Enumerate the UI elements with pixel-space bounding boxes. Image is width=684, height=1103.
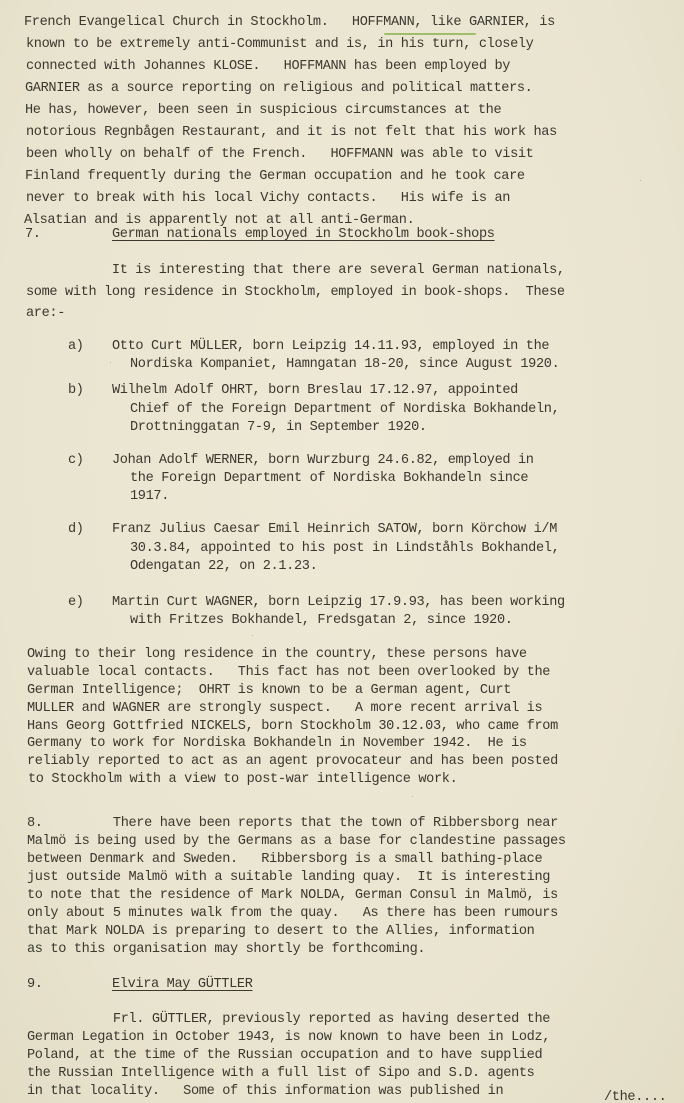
text-line: been wholly on behalf of the French. HOF… bbox=[26, 146, 534, 164]
text-line: German Legation in October 1943, is now … bbox=[27, 1029, 550, 1047]
text-line: are:- bbox=[26, 305, 65, 323]
text-line: only about 5 minutes walk from the quay.… bbox=[27, 905, 558, 923]
section-number: 7. bbox=[25, 226, 41, 244]
typed-document-page: French Evangelical Church in Stockholm. … bbox=[0, 0, 684, 1103]
text-line: that Mark NOLDA is preparing to desert t… bbox=[27, 923, 535, 941]
text-line: 1917. bbox=[130, 488, 169, 506]
text-line: Poland, at the time of the Russian occup… bbox=[27, 1047, 542, 1065]
text-line: Wilhelm Adolf OHRT, born Breslau 17.12.9… bbox=[112, 382, 518, 400]
paper-speck bbox=[252, 635, 253, 636]
text-line: with Fritzes Bokhandel, Fredsgatan 2, si… bbox=[130, 612, 513, 630]
text-line: Germany to work for Nordiska Bokhandeln … bbox=[27, 735, 527, 753]
text-line: Hans Georg Gottfried NICKELS, born Stock… bbox=[27, 718, 558, 736]
text-line: notorious Regnbågen Restaurant, and it i… bbox=[26, 124, 557, 142]
text-line: It is interesting that there are several… bbox=[26, 262, 565, 280]
text-line: Franz Julius Caesar Emil Heinrich SATOW,… bbox=[112, 521, 557, 539]
text-line: MULLER and WAGNER are strongly suspect. … bbox=[27, 700, 542, 718]
text-line: Nordiska Kompaniet, Hamngatan 18-20, sin… bbox=[130, 356, 559, 374]
text-line: Chief of the Foreign Department of Nordi… bbox=[130, 401, 559, 419]
text-line: German Intelligence; OHRT is known to be… bbox=[27, 682, 511, 700]
text-line: in that locality. Some of this informati… bbox=[27, 1083, 503, 1101]
text-line: Owing to their long residence in the cou… bbox=[27, 646, 527, 664]
paper-speck bbox=[412, 796, 413, 797]
section-heading: Elvira May GÜTTLER bbox=[112, 976, 253, 994]
text-line: Drottninggatan 7-9, in September 1920. bbox=[130, 419, 427, 437]
text-line: Otto Curt MÜLLER, born Leipzig 14.11.93,… bbox=[112, 338, 549, 356]
text-line: just outside Malmö with a suitable landi… bbox=[27, 869, 550, 887]
text-line: Odengatan 22, on 2.1.23. bbox=[130, 558, 317, 576]
text-line: to Stockholm with a view to post-war int… bbox=[28, 771, 457, 789]
text-line: reliably reported to act as an agent pro… bbox=[27, 753, 558, 771]
section-number: 9. bbox=[27, 976, 43, 994]
text-line: 8. There have been reports that the town… bbox=[27, 815, 558, 833]
text-line: GARNIER as a source reporting on religio… bbox=[25, 80, 533, 98]
text-line: as to this organisation may shortly be f… bbox=[27, 941, 425, 959]
text-line: 30.3.84, appointed to his post in Lindst… bbox=[130, 540, 559, 558]
item-marker: a) bbox=[68, 338, 84, 356]
text-line: connected with Johannes KLOSE. HOFFMANN … bbox=[26, 58, 510, 76]
text-line: some with long residence in Stockholm, e… bbox=[26, 284, 565, 302]
text-line: known to be extremely anti-Communist and… bbox=[26, 36, 534, 54]
item-marker: d) bbox=[68, 521, 84, 539]
item-marker: c) bbox=[68, 452, 84, 470]
page-continuation: /the.... bbox=[604, 1089, 666, 1103]
text-line: to note that the residence of Mark NOLDA… bbox=[27, 887, 558, 905]
paper-speck bbox=[640, 180, 641, 181]
section-heading: German nationals employed in Stockholm b… bbox=[112, 226, 495, 244]
text-line: French Evangelical Church in Stockholm. … bbox=[24, 14, 555, 32]
text-line: between Denmark and Sweden. Ribbersborg … bbox=[27, 851, 542, 869]
text-line: never to break with his local Vichy cont… bbox=[26, 190, 510, 208]
text-line: Frl. GÜTTLER, previously reported as hav… bbox=[27, 1011, 550, 1029]
paper-speck bbox=[110, 362, 111, 363]
text-line: the Foreign Department of Nordiska Bokha… bbox=[130, 470, 528, 488]
text-line: Martin Curt WAGNER, born Leipzig 17.9.93… bbox=[112, 594, 565, 612]
text-line: Malmö is being used by the Germans as a … bbox=[27, 833, 566, 851]
text-line: Johan Adolf WERNER, born Wurzburg 24.6.8… bbox=[112, 452, 534, 470]
item-marker: b) bbox=[68, 382, 84, 400]
item-marker: e) bbox=[68, 594, 84, 612]
green-highlight-mark bbox=[384, 33, 476, 35]
text-line: valuable local contacts. This fact has n… bbox=[27, 664, 550, 682]
text-line: He has, however, been seen in suspicious… bbox=[25, 102, 501, 120]
text-line: the Russian Intelligence with a full lis… bbox=[27, 1065, 535, 1083]
text-line: Finland frequently during the German occ… bbox=[25, 168, 525, 186]
